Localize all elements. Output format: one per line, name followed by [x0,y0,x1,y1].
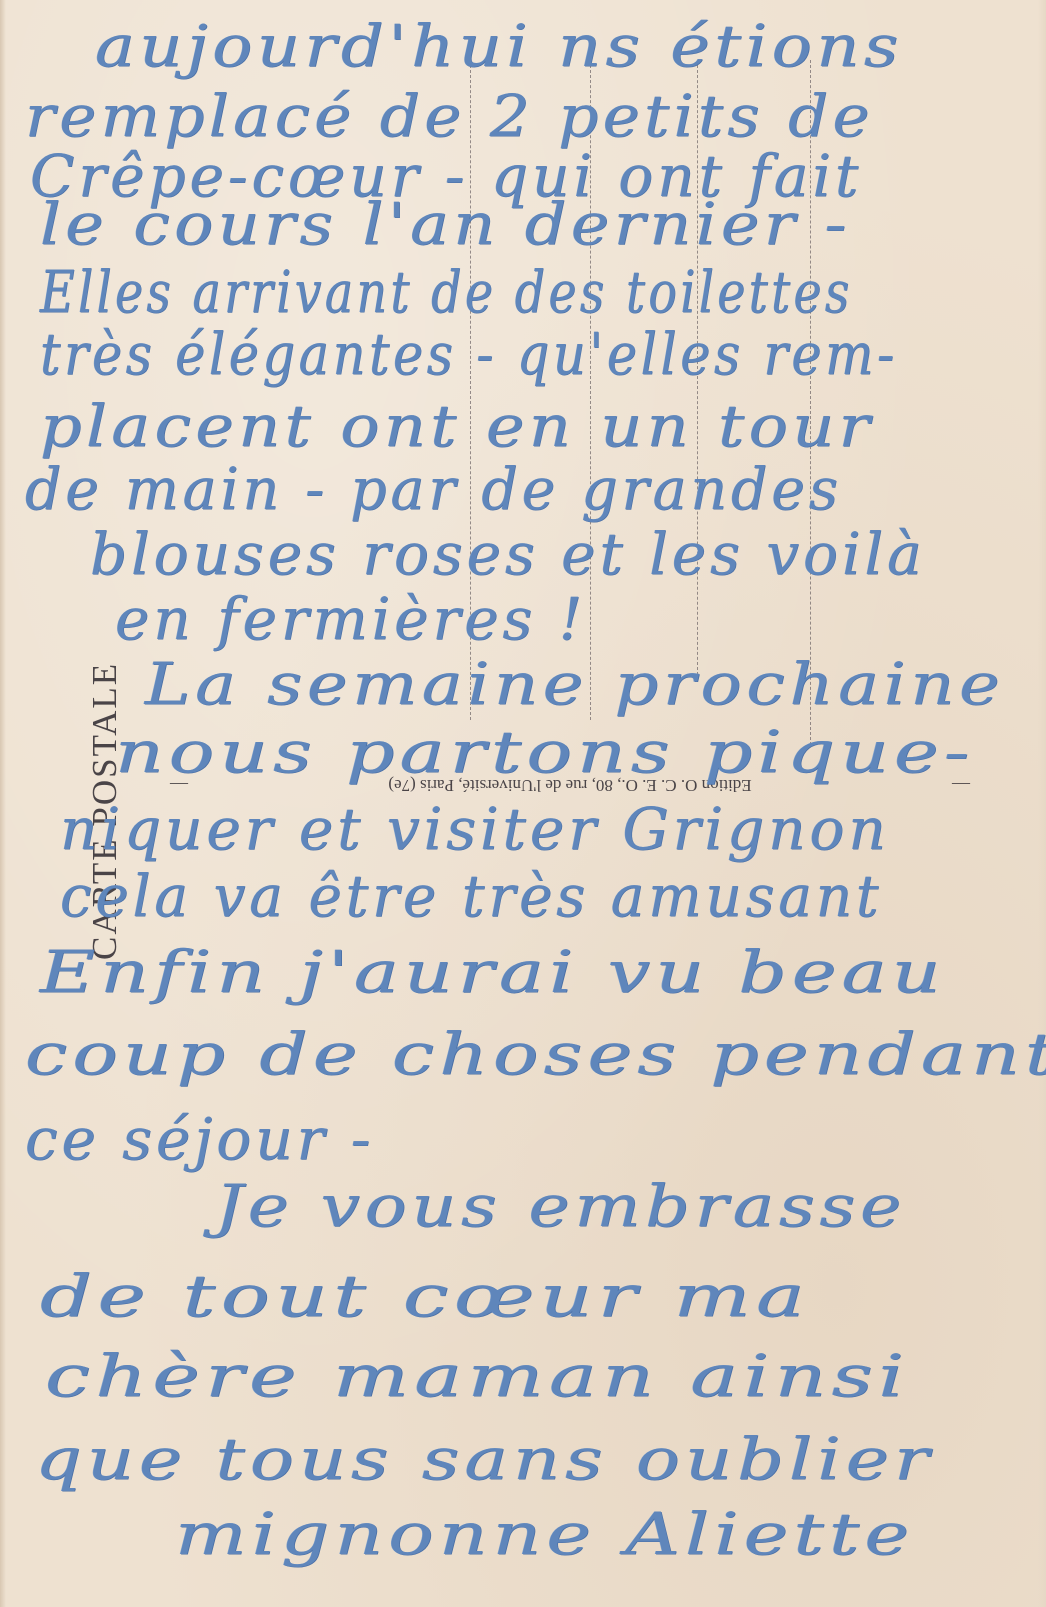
message-line: nous partons pique- [115,718,974,786]
message-line: remplacé de 2 petits de [25,82,874,150]
message-line: de tout cœur ma [40,1262,810,1330]
message-line: blouses roses et les voilà [90,520,926,588]
message-line: niquer et visiter Grignon [60,795,890,863]
message-line: Je vous embrasse [215,1172,906,1240]
postcard-back: CARTE POSTALE — Edition O. C. E. O., 80,… [0,0,1046,1607]
message-line: ce séjour - [25,1105,374,1173]
message-line: aujourd'hui ns étions [95,12,903,80]
message-line: cela va être très amusant [60,862,882,930]
message-line: chère maman ainsi [45,1342,909,1410]
message-line: Enfin j'aurai vu beau [40,938,946,1006]
message-line: en fermières ! [115,585,586,653]
message-line: le cours l'an dernier - [40,190,851,258]
handwritten-message: aujourd'hui ns étions remplacé de 2 peti… [0,0,1046,1607]
message-line: très élégantes - qu'elles rem- [40,320,898,388]
message-line: coup de choses pendant [25,1020,1046,1088]
message-line-signature: mignonne Aliette [175,1500,914,1568]
message-line: La semaine prochaine [145,650,1004,718]
message-line: que tous sans oublier [35,1425,934,1493]
message-line: Elles arrivant de des toilettes [40,258,853,326]
message-line: de main - par de grandes [25,455,842,523]
message-line: placent ont en un tour [40,392,874,460]
